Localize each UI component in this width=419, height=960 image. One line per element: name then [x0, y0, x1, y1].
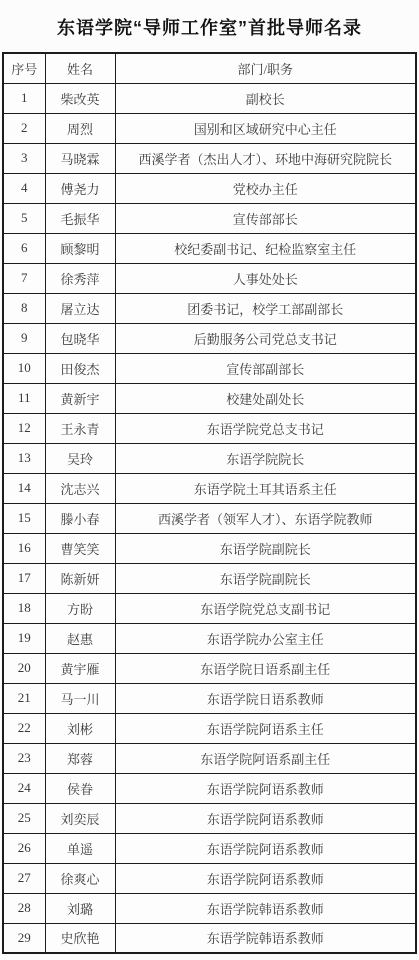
row-number: 9	[3, 323, 45, 353]
table-row: 3 马晓霖 西溪学者（杰出人才）、环地中海研究院院长	[3, 143, 416, 173]
table-row: 23 郑蓉 东语学院阿语系副主任	[3, 743, 416, 773]
mentor-name: 陈新妍	[45, 563, 115, 593]
document-page: 东语学院“导师工作室”首批导师名录 序号 姓名 部门/职务 1 柴改英 副校长 …	[0, 0, 419, 960]
mentor-department: 西溪学者（杰出人才）、环地中海研究院院长	[115, 143, 416, 173]
table-row: 28 刘璐 东语学院韩语系教师	[3, 893, 416, 923]
table-row: 1 柴改英 副校长	[3, 83, 416, 113]
mentor-name: 沈志兴	[45, 473, 115, 503]
mentor-name: 史欣艳	[45, 923, 115, 953]
mentor-department: 东语学院阿语系主任	[115, 713, 416, 743]
mentor-name: 徐秀萍	[45, 263, 115, 293]
table-row: 17 陈新妍 东语学院副院长	[3, 563, 416, 593]
table-row: 16 曹笑笑 东语学院副院长	[3, 533, 416, 563]
row-number: 4	[3, 173, 45, 203]
mentor-name: 屠立达	[45, 293, 115, 323]
row-number: 29	[3, 923, 45, 953]
table-row: 2 周烈 国别和区域研究中心主任	[3, 113, 416, 143]
mentor-department: 党校办主任	[115, 173, 416, 203]
mentor-name: 刘奕辰	[45, 803, 115, 833]
mentor-department: 校纪委副书记、纪检监察室主任	[115, 233, 416, 263]
mentor-name: 黄宇雁	[45, 653, 115, 683]
mentor-name: 刘璐	[45, 893, 115, 923]
row-number: 5	[3, 203, 45, 233]
table-row: 5 毛振华 宣传部部长	[3, 203, 416, 233]
mentor-name: 滕小春	[45, 503, 115, 533]
mentor-department: 东语学院党总支副书记	[115, 593, 416, 623]
mentor-name: 曹笑笑	[45, 533, 115, 563]
row-number: 21	[3, 683, 45, 713]
header-serial-number: 序号	[3, 53, 45, 83]
mentor-name: 马晓霖	[45, 143, 115, 173]
table-row: 11 黄新宇 校建处副处长	[3, 383, 416, 413]
mentor-department: 东语学院韩语系教师	[115, 923, 416, 953]
row-number: 3	[3, 143, 45, 173]
row-number: 7	[3, 263, 45, 293]
mentor-department: 副校长	[115, 83, 416, 113]
table-row: 13 吴玲 东语学院院长	[3, 443, 416, 473]
table-row: 29 史欣艳 东语学院韩语系教师	[3, 923, 416, 953]
mentor-department: 东语学院阿语系教师	[115, 863, 416, 893]
table-row: 8 屠立达 团委书记，校学工部副部长	[3, 293, 416, 323]
row-number: 11	[3, 383, 45, 413]
mentor-name: 周烈	[45, 113, 115, 143]
row-number: 10	[3, 353, 45, 383]
mentor-name: 马一川	[45, 683, 115, 713]
mentor-table: 序号 姓名 部门/职务 1 柴改英 副校长 2 周烈 国别和区域研究中心主任 3…	[2, 52, 417, 954]
mentor-name: 徐爽心	[45, 863, 115, 893]
mentor-department: 宣传部部长	[115, 203, 416, 233]
table-row: 20 黄宇雁 东语学院日语系副主任	[3, 653, 416, 683]
mentor-department: 东语学院韩语系教师	[115, 893, 416, 923]
mentor-department: 团委书记，校学工部副部长	[115, 293, 416, 323]
row-number: 20	[3, 653, 45, 683]
mentor-department: 宣传部副部长	[115, 353, 416, 383]
row-number: 19	[3, 623, 45, 653]
table-row: 19 赵惠 东语学院办公室主任	[3, 623, 416, 653]
table-row: 10 田俊杰 宣传部副部长	[3, 353, 416, 383]
row-number: 23	[3, 743, 45, 773]
mentor-name: 郑蓉	[45, 743, 115, 773]
row-number: 14	[3, 473, 45, 503]
mentor-department: 东语学院党总支书记	[115, 413, 416, 443]
mentor-name: 柴改英	[45, 83, 115, 113]
mentor-department: 后勤服务公司党总支书记	[115, 323, 416, 353]
row-number: 8	[3, 293, 45, 323]
mentor-department: 东语学院日语系副主任	[115, 653, 416, 683]
mentor-department: 国别和区域研究中心主任	[115, 113, 416, 143]
row-number: 13	[3, 443, 45, 473]
mentor-name: 方盼	[45, 593, 115, 623]
mentor-department: 东语学院土耳其语系主任	[115, 473, 416, 503]
mentor-name: 王永青	[45, 413, 115, 443]
table-row: 21 马一川 东语学院日语系教师	[3, 683, 416, 713]
mentor-name: 田俊杰	[45, 353, 115, 383]
mentor-name: 刘彬	[45, 713, 115, 743]
row-number: 28	[3, 893, 45, 923]
mentor-department: 东语学院阿语系教师	[115, 803, 416, 833]
mentor-department: 东语学院办公室主任	[115, 623, 416, 653]
table-body: 1 柴改英 副校长 2 周烈 国别和区域研究中心主任 3 马晓霖 西溪学者（杰出…	[3, 83, 416, 953]
table-row: 4 傅尧力 党校办主任	[3, 173, 416, 203]
mentor-department: 东语学院副院长	[115, 563, 416, 593]
row-number: 17	[3, 563, 45, 593]
header-department-position: 部门/职务	[115, 53, 416, 83]
table-row: 14 沈志兴 东语学院土耳其语系主任	[3, 473, 416, 503]
header-row: 序号 姓名 部门/职务	[3, 53, 416, 83]
table-row: 22 刘彬 东语学院阿语系主任	[3, 713, 416, 743]
row-number: 22	[3, 713, 45, 743]
table-row: 15 滕小春 西溪学者（领军人才）、东语学院教师	[3, 503, 416, 533]
table-row: 27 徐爽心 东语学院阿语系教师	[3, 863, 416, 893]
mentor-department: 东语学院阿语系教师	[115, 773, 416, 803]
row-number: 1	[3, 83, 45, 113]
header-name: 姓名	[45, 53, 115, 83]
table-header: 序号 姓名 部门/职务	[3, 53, 416, 83]
row-number: 15	[3, 503, 45, 533]
row-number: 24	[3, 773, 45, 803]
table-row: 26 单遥 东语学院阿语系教师	[3, 833, 416, 863]
row-number: 25	[3, 803, 45, 833]
page-title: 东语学院“导师工作室”首批导师名录	[2, 6, 417, 52]
row-number: 6	[3, 233, 45, 263]
mentor-department: 校建处副处长	[115, 383, 416, 413]
table-row: 18 方盼 东语学院党总支副书记	[3, 593, 416, 623]
row-number: 12	[3, 413, 45, 443]
row-number: 26	[3, 833, 45, 863]
table-row: 24 侯眷 东语学院阿语系教师	[3, 773, 416, 803]
mentor-department: 东语学院院长	[115, 443, 416, 473]
mentor-name: 赵惠	[45, 623, 115, 653]
mentor-name: 吴玲	[45, 443, 115, 473]
table-row: 7 徐秀萍 人事处处长	[3, 263, 416, 293]
mentor-name: 顾黎明	[45, 233, 115, 263]
row-number: 18	[3, 593, 45, 623]
mentor-department: 西溪学者（领军人才）、东语学院教师	[115, 503, 416, 533]
mentor-name: 包晓华	[45, 323, 115, 353]
row-number: 16	[3, 533, 45, 563]
table-row: 12 王永青 东语学院党总支书记	[3, 413, 416, 443]
mentor-department: 东语学院日语系教师	[115, 683, 416, 713]
mentor-name: 侯眷	[45, 773, 115, 803]
mentor-name: 毛振华	[45, 203, 115, 233]
mentor-name: 傅尧力	[45, 173, 115, 203]
table-row: 25 刘奕辰 东语学院阿语系教师	[3, 803, 416, 833]
mentor-department: 东语学院阿语系副主任	[115, 743, 416, 773]
row-number: 2	[3, 113, 45, 143]
mentor-name: 单遥	[45, 833, 115, 863]
table-row: 6 顾黎明 校纪委副书记、纪检监察室主任	[3, 233, 416, 263]
mentor-department: 东语学院阿语系教师	[115, 833, 416, 863]
row-number: 27	[3, 863, 45, 893]
mentor-department: 人事处处长	[115, 263, 416, 293]
table-row: 9 包晓华 后勤服务公司党总支书记	[3, 323, 416, 353]
mentor-name: 黄新宇	[45, 383, 115, 413]
mentor-department: 东语学院副院长	[115, 533, 416, 563]
